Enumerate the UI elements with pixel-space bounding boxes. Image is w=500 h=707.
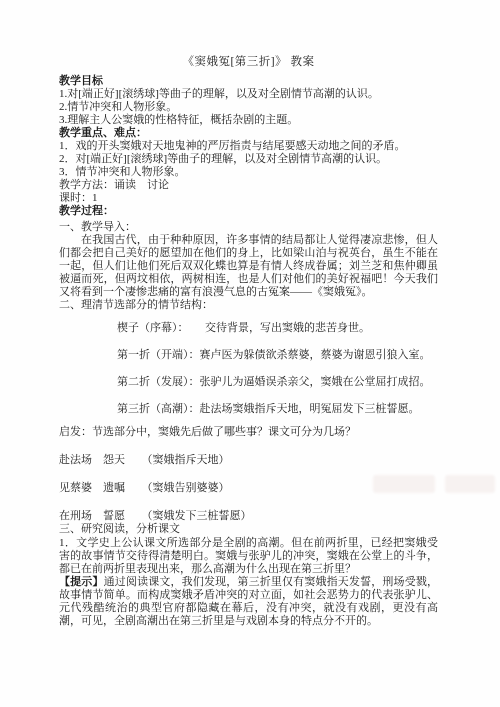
plot-item-act1: 第一折（开端）：赛卢医为躲债欲杀蔡婆，蔡婆为谢恩引狼入室。 xyxy=(117,349,438,362)
plot-item-wedge: 楔子（序幕）： 交待背景，写出窦娥的悲苦身世。 xyxy=(117,322,438,335)
hint-label: 【提示】 xyxy=(59,576,104,588)
teaching-method-line: 教学方法：诵读 讨论 xyxy=(59,179,438,192)
structure-heading: 二、理清节选部分的情节结构： xyxy=(59,299,438,312)
analysis-hint: 【提示】通过阅读课文，我们发现，第三折里仅有窦娥指天发誓，刑场受戮，故事情节简单… xyxy=(59,576,438,628)
process-heading: 教学过程： xyxy=(59,205,438,218)
structure-question: 启发：节选部分中，窦娥先后做了哪些事？课文可分为几场？ xyxy=(59,426,438,439)
document-title: 《窦娥冤[第三折]》 教案 xyxy=(59,56,438,69)
objective-item: 2.情节冲突和人物形象。 xyxy=(59,101,438,114)
objective-item: 3.理解主人公窦娥的性格特征，概括杂剧的主题。 xyxy=(59,114,438,127)
class-period-line: 课时：1 xyxy=(59,192,438,205)
focus-item: 3．情节冲突和人物形象。 xyxy=(59,166,438,179)
hint-body: 通过阅读课文，我们发现，第三折里仅有窦娥指天发誓，刑场受戮，故事情节简单。而构成… xyxy=(59,576,438,627)
focus-heading: 教学重点、难点： xyxy=(59,127,438,140)
lesson-plan-document: 《窦娥冤[第三折]》 教案 教学目标 1.对[端正好][滚绣球]等曲子的理解，以… xyxy=(0,0,500,707)
analysis-heading: 三、研究阅读，分析课文 xyxy=(59,523,438,536)
intro-heading: 一、教学导入： xyxy=(59,221,438,234)
scene-item: 见蔡婆 遗嘱 （窦娥告别婆婆） xyxy=(59,482,438,495)
analysis-question: 1．文学史上公认课文所选部分是全剧的高潮。但在前两折里，已经把窦娥受害的故事情节… xyxy=(59,537,438,576)
focus-item: 2．对[端正好][滚绣球]等曲子的理解，以及对全剧情节高潮的认识。 xyxy=(59,153,438,166)
watermark-smudge xyxy=(445,475,495,493)
scene-item: 赴法场 怨天 （窦娥指斥天地） xyxy=(59,454,438,467)
scene-item: 在刑场 誓愿 （窦娥发下三桩誓愿） xyxy=(59,510,438,523)
objectives-heading: 教学目标 xyxy=(59,75,438,88)
objective-item: 1.对[端正好][滚绣球]等曲子的理解，以及对全剧情节高潮的认识。 xyxy=(59,88,438,101)
intro-paragraph: 在我国古代，由于种种原因，许多事情的结局都让人觉得凄凉悲惨，但人们都会把自己美好… xyxy=(59,234,438,299)
plot-item-act2: 第二折（发展）：张驴儿为逼婚误杀亲父，窦娥在公堂屈打成招。 xyxy=(117,376,438,389)
focus-item: 1．戏的开头窦娥对天地鬼神的严厉指责与结尾要感天动地之间的矛盾。 xyxy=(59,140,438,153)
plot-item-act3: 第三折（高潮）：赴法场窦娥指斥天地，明冤屈发下三桩誓愿。 xyxy=(117,403,438,416)
